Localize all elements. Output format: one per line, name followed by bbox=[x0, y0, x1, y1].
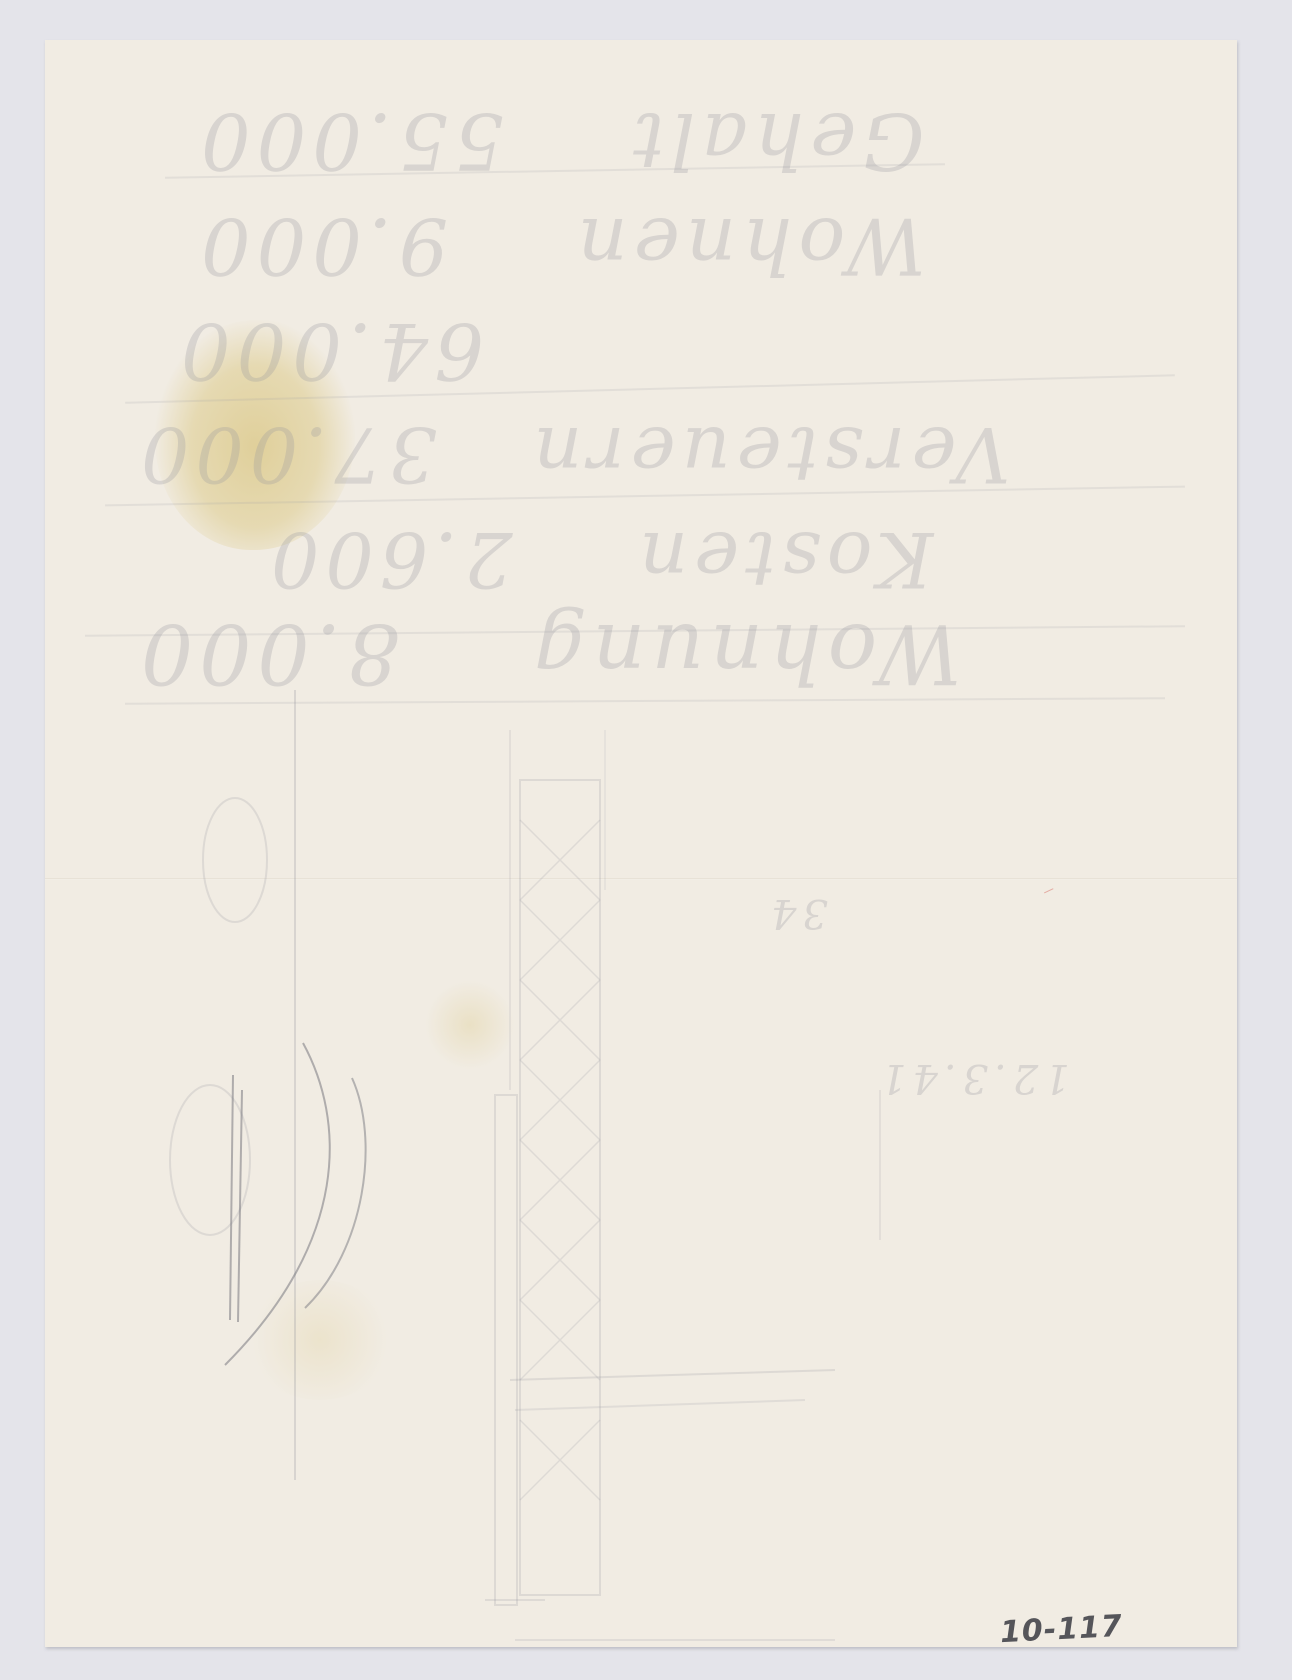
sketch-curve bbox=[305, 1078, 366, 1308]
sketch-oval bbox=[170, 1085, 250, 1235]
pencil-sketches bbox=[45, 40, 1237, 1647]
lattice-column bbox=[485, 780, 835, 1640]
sketch-oval bbox=[203, 798, 267, 922]
sketch-stroke bbox=[230, 1075, 233, 1320]
paper-sheet: Gehalt 55.000 Wohnen 9.000 64.000 Verste… bbox=[45, 40, 1237, 1647]
catalog-number: 10-117 bbox=[999, 1609, 1123, 1650]
